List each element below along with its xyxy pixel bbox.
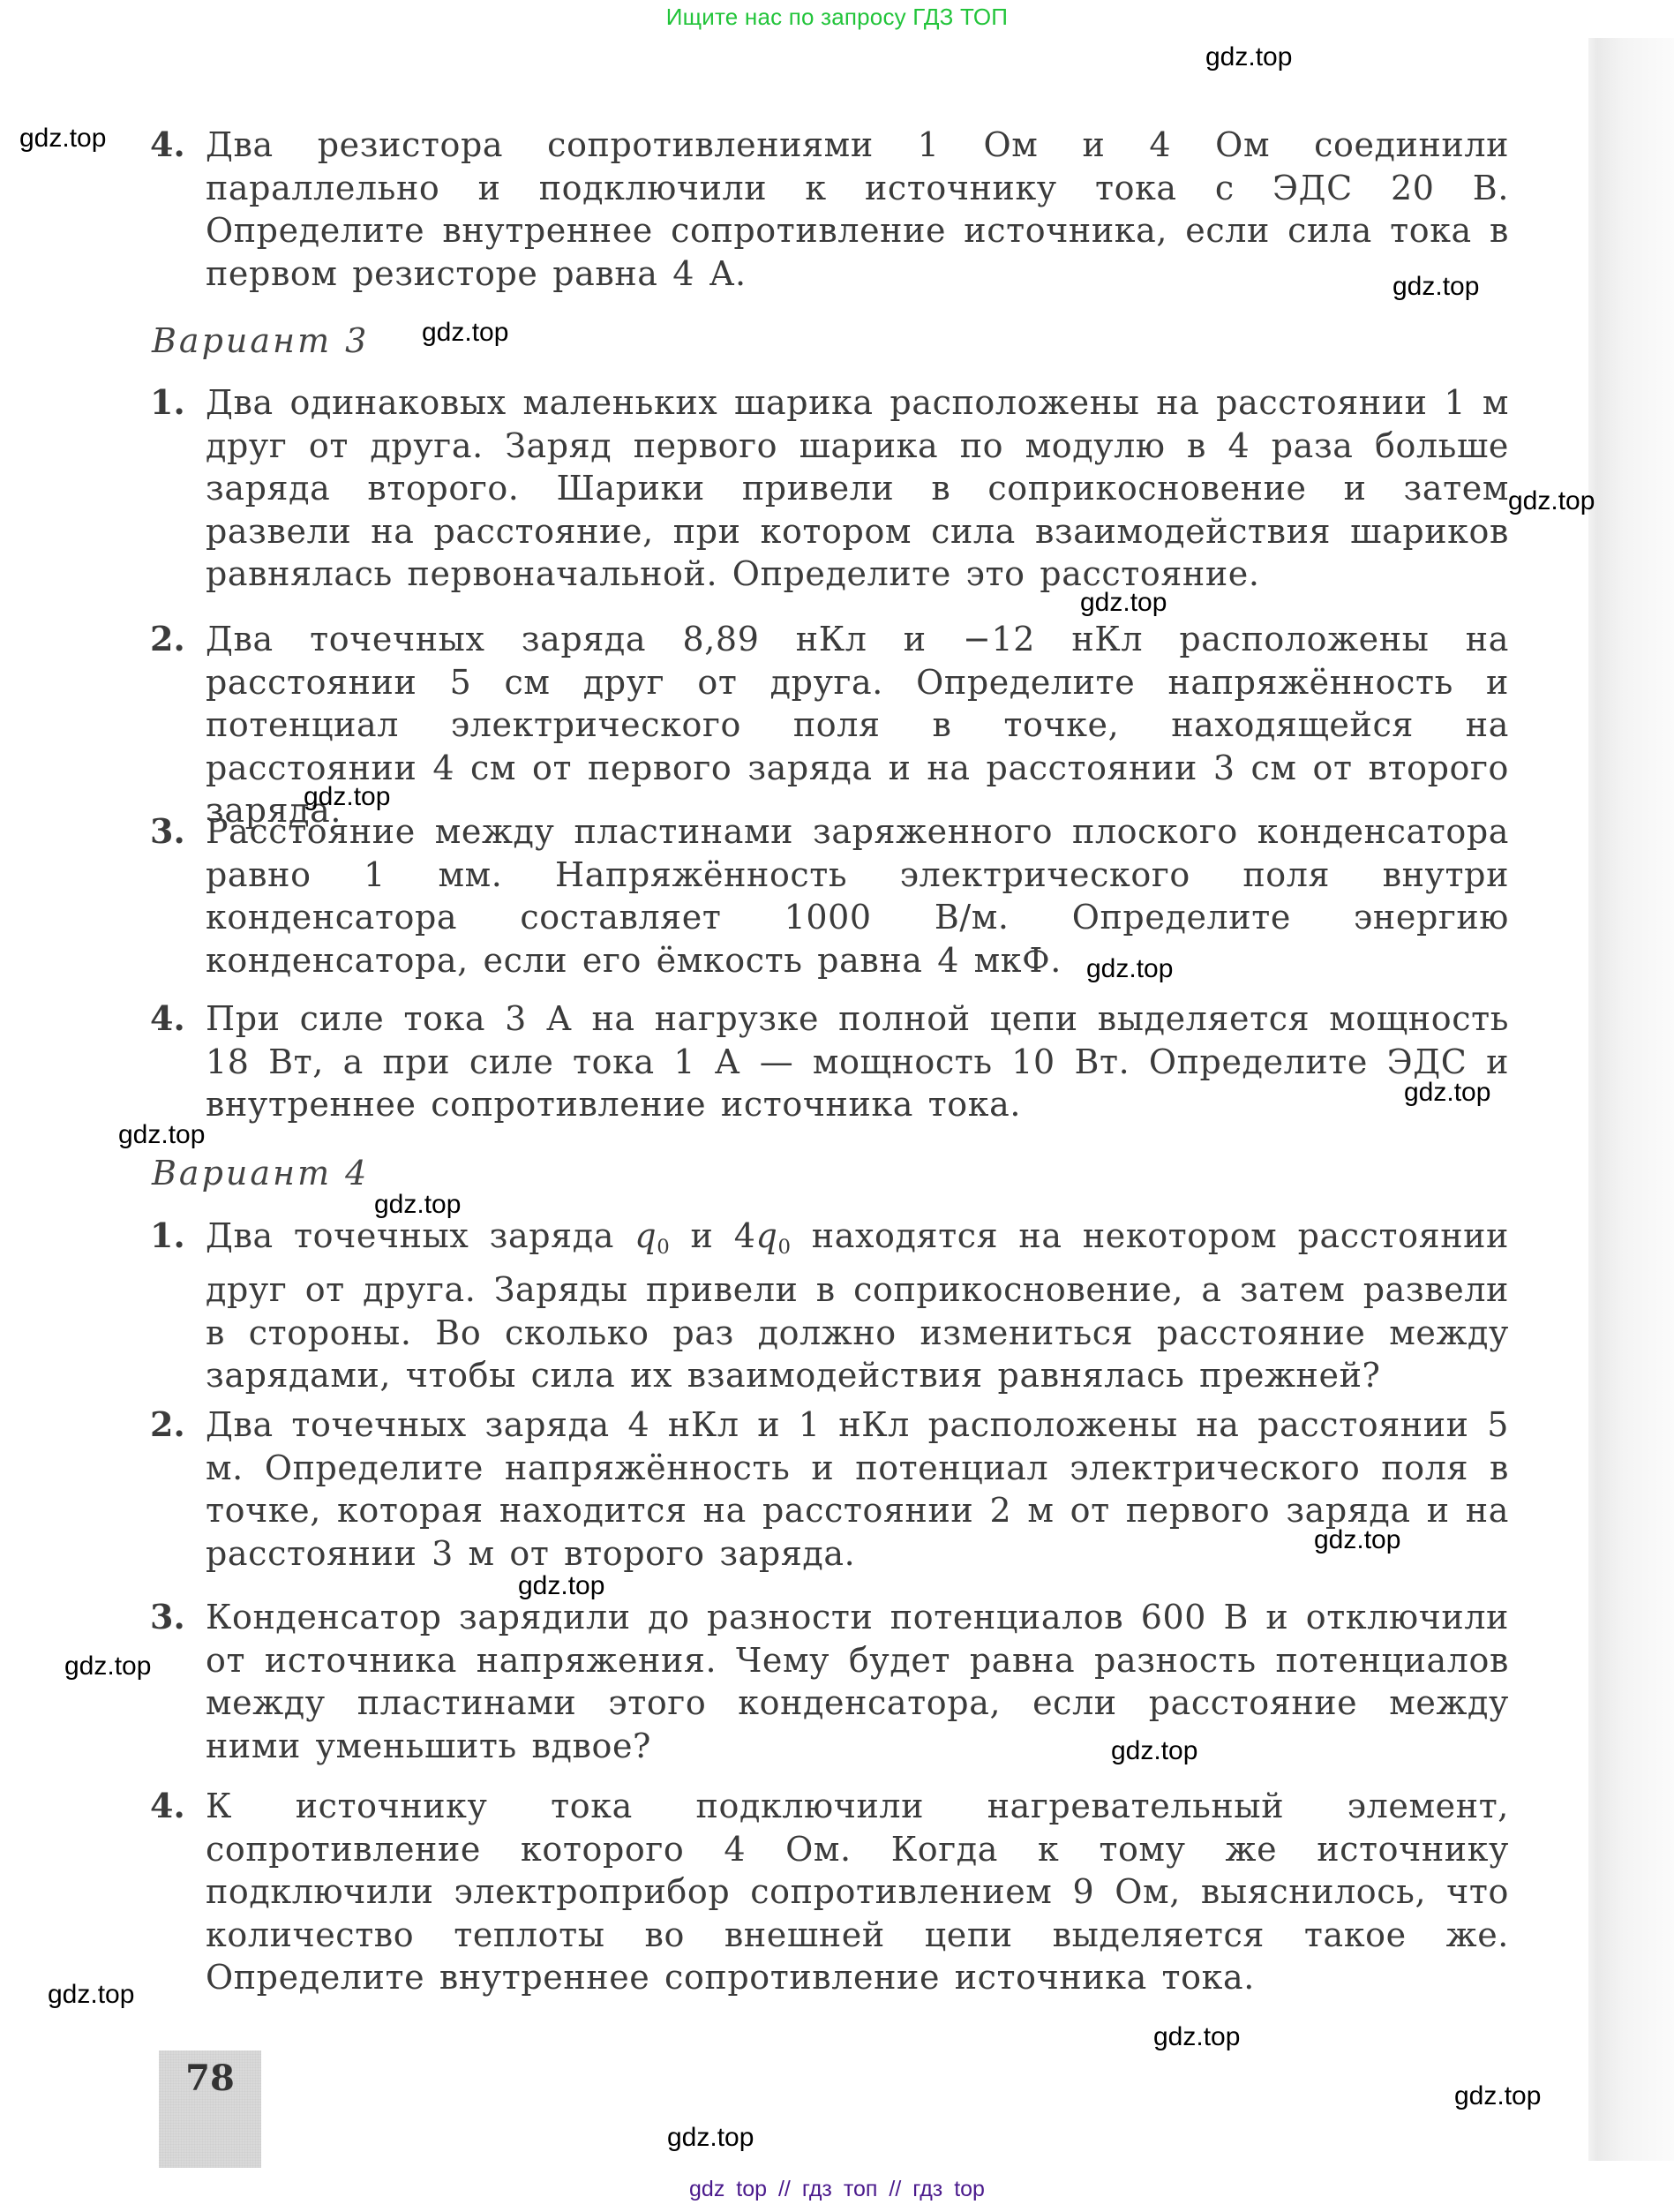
watermark: gdz.top <box>1153 2022 1240 2052</box>
variant-4-problem-3: 3. Конденсатор зарядили до разности поте… <box>150 1596 1509 1767</box>
page-number: 78 <box>159 2058 261 2099</box>
problem-number: 4. <box>150 997 185 1041</box>
watermark: gdz.top <box>374 1190 461 1220</box>
problem-text: Два резистора сопротивлениями 1 Ом и 4 О… <box>206 124 1509 295</box>
page-number-box: 78 <box>159 2050 261 2168</box>
page-edge-shadow <box>1588 38 1674 2161</box>
problem-text: Два точечных заряда q0 и 4q0 находятся н… <box>206 1215 1509 1397</box>
watermark: gdz.top <box>304 782 390 812</box>
var-q: q <box>634 1216 657 1255</box>
watermark: gdz.top <box>19 124 106 154</box>
watermark: gdz.top <box>667 2123 754 2153</box>
watermark: gdz.top <box>1392 272 1479 302</box>
problem-text: Два одинаковых маленьких шарика располож… <box>206 381 1509 596</box>
watermark: gdz.top <box>1205 42 1292 72</box>
watermark: gdz.top <box>422 318 508 348</box>
watermark: gdz.top <box>1086 954 1173 984</box>
problem-text: К источнику тока подключили нагревательн… <box>206 1785 1509 1999</box>
variant-4-problem-4: 4. К источнику тока подключили нагревате… <box>150 1785 1509 1999</box>
watermark: gdz.top <box>1508 486 1595 516</box>
watermark: gdz.top <box>1080 588 1167 618</box>
problem-number: 3. <box>150 1596 185 1639</box>
variant-3-problem-3: 3. Расстояние между пластинами заряженно… <box>150 810 1509 982</box>
watermark: gdz.top <box>1454 2081 1541 2111</box>
watermark: gdz.top <box>1111 1736 1197 1766</box>
problem-number: 3. <box>150 810 185 854</box>
problem-prev-4: 4. Два резистора сопротивлениями 1 Ом и … <box>150 124 1509 295</box>
watermark: gdz.top <box>118 1120 205 1150</box>
problem-number: 2. <box>150 1403 185 1447</box>
problem-text: Конденсатор зарядили до разности потенци… <box>206 1596 1509 1767</box>
problem-text: При силе тока 3 А на нагрузке полной цеп… <box>206 997 1509 1126</box>
problem-number: 1. <box>150 1215 185 1258</box>
watermark: gdz.top <box>518 1571 604 1601</box>
variant-3-problem-4: 4. При силе тока 3 А на нагрузке полной … <box>150 997 1509 1126</box>
problem-text: Расстояние между пластинами заряженного … <box>206 810 1509 982</box>
problem-number: 2. <box>150 618 185 661</box>
watermark: gdz.top <box>64 1651 151 1682</box>
problem-number: 1. <box>150 381 185 425</box>
problem-text: Два точечных заряда 8,89 нКл и −12 нКл р… <box>206 618 1509 832</box>
watermark: gdz.top <box>48 1980 134 2010</box>
variant-3-problem-1: 1. Два одинаковых маленьких шарика распо… <box>150 381 1509 596</box>
variant-3-heading: Вариант 3 <box>152 321 369 360</box>
variant-4-problem-1: 1. Два точечных заряда q0 и 4q0 находятс… <box>150 1215 1509 1397</box>
problem-number: 4. <box>150 124 185 167</box>
textbook-page: 4. Два резистора сопротивлениями 1 Ом и … <box>0 0 1588 2163</box>
watermark: gdz.top <box>1404 1078 1490 1108</box>
footer-banner[interactable]: gdz top // гдз топ // гдз top <box>0 2177 1674 2202</box>
variant-4-heading: Вариант 4 <box>152 1154 369 1193</box>
variant-4-problem-2: 2. Два точечных заряда 4 нКл и 1 нКл рас… <box>150 1403 1509 1575</box>
watermark: gdz.top <box>1314 1525 1400 1555</box>
problem-number: 4. <box>150 1785 185 1828</box>
var-q: q <box>756 1216 778 1255</box>
